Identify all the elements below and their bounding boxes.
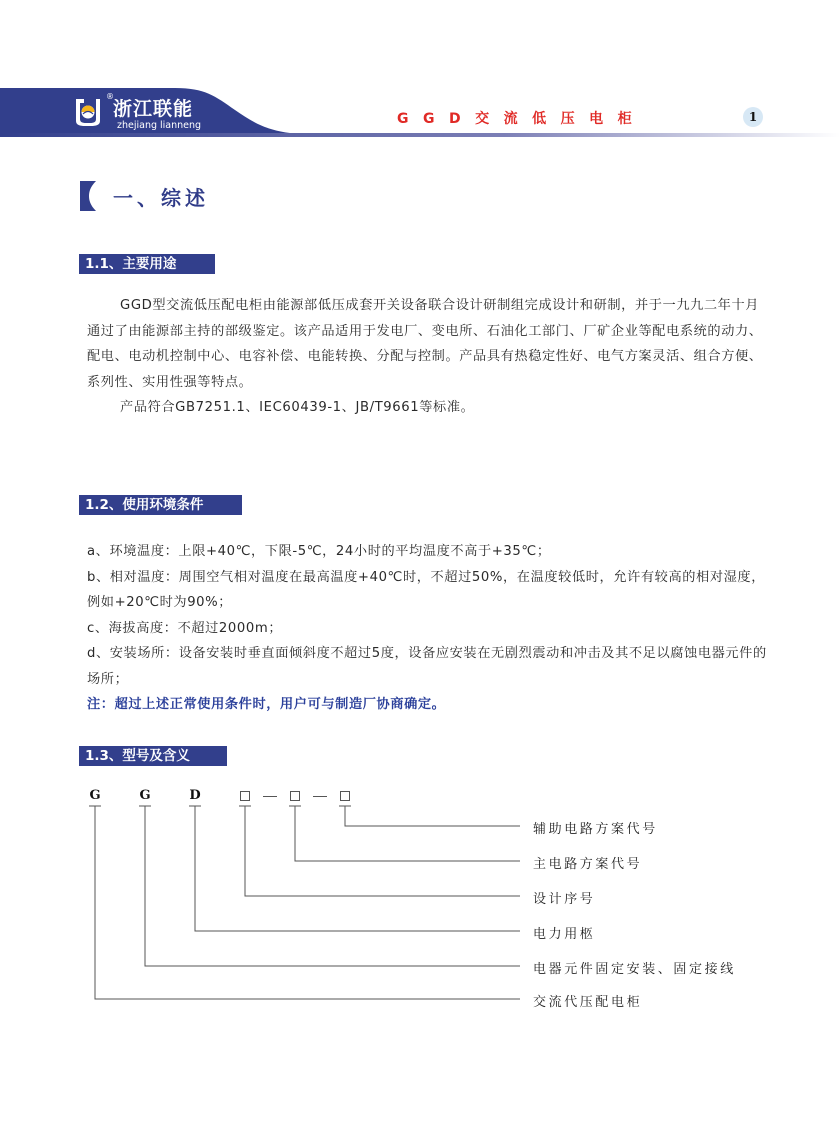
code-label-main-circuit: 主电路方案代号: [533, 853, 642, 872]
code-label-fixed-install: 电器元件固定安装、固定接线: [533, 958, 736, 977]
code-label-ac-cabinet: 交流代压配电柜: [533, 991, 642, 1010]
code-label-design-serial: 设计序号: [533, 888, 595, 907]
code-label-power-cabinet: 电力用柩: [533, 923, 595, 942]
code-label-aux-circuit: 辅助电路方案代号: [533, 818, 658, 837]
